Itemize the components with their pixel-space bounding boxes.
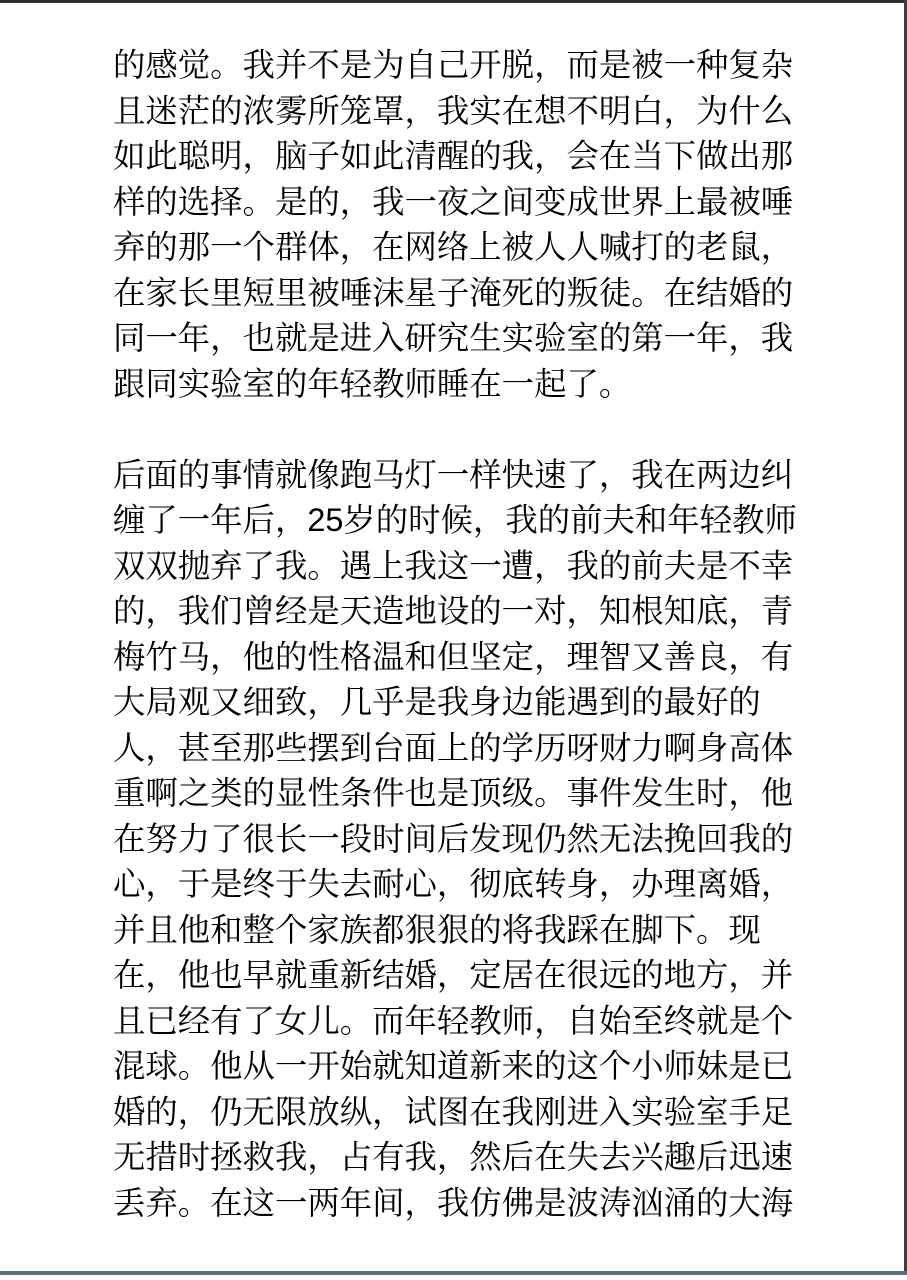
text-line: 跟同实验室的年轻教师睡在一起了。 — [113, 362, 798, 408]
text-line: 在家长里短里被唾沫星子淹死的叛徒。在结婚的 — [113, 271, 798, 317]
text-line: 梅竹马，他的性格温和但坚定，理智又善良，有 — [113, 635, 798, 681]
text-line: 样的选择。是的，我一夜之间变成世界上最被唾 — [113, 180, 798, 226]
text-line: 在，他也早就重新结婚，定居在很远的地方，并 — [113, 953, 798, 999]
text-line: 心，于是终于失去耐心，彻底转身，办理离婚， — [113, 862, 798, 908]
paragraph: 后面的事情就像跑马灯一样快速了，我在两边纠缠了一年后，25岁的时候，我的前夫和年… — [113, 453, 798, 1227]
text-line: 同一年，也就是进入研究生实验室的第一年，我 — [113, 316, 798, 362]
text-line: 且已经有了女儿。而年轻教师，自始至终就是个 — [113, 999, 798, 1045]
text-line: 人，甚至那些摆到台面上的学历呀财力啊身高体 — [113, 726, 798, 772]
page-top-edge — [0, 0, 907, 3]
text-line: 重啊之类的显性条件也是顶级。事件发生时，他 — [113, 771, 798, 817]
text-line: 弃的那一个群体，在网络上被人人喊打的老鼠， — [113, 225, 798, 271]
reader-screen: 的感觉。我并不是为自己开脱，而是被一种复杂且迷茫的浓雾所笼罩，我实在想不明白，为… — [0, 0, 907, 1280]
text-line: 丢弃。在这一两年间，我仿佛是波涛汹涌的大海 — [113, 1181, 798, 1227]
page-text: 的感觉。我并不是为自己开脱，而是被一种复杂且迷茫的浓雾所笼罩，我实在想不明白，为… — [113, 43, 798, 1226]
text-line: 并且他和整个家族都狠狠的将我踩在脚下。现 — [113, 908, 798, 954]
text-line: 如此聪明，脑子如此清醒的我，会在当下做出那 — [113, 134, 798, 180]
text-line: 的感觉。我并不是为自己开脱，而是被一种复杂 — [113, 43, 798, 89]
text-line: 的，我们曾经是天造地设的一对，知根知底，青 — [113, 589, 798, 635]
text-line: 后面的事情就像跑马灯一样快速了，我在两边纠 — [113, 453, 798, 499]
text-line: 在努力了很长一段时间后发现仍然无法挽回我的 — [113, 817, 798, 863]
text-line: 婚的，仍无限放纵，试图在我刚进入实验室手足 — [113, 1090, 798, 1136]
page-bottom-strip — [0, 1275, 907, 1280]
text-line: 大局观又细致，几乎是我身边能遇到的最好的 — [113, 680, 798, 726]
text-line: 混球。他从一开始就知道新来的这个小师妹是已 — [113, 1044, 798, 1090]
text-line: 缠了一年后，25岁的时候，我的前夫和年轻教师 — [113, 498, 798, 544]
text-line: 无措时拯救我，占有我，然后在失去兴趣后迅速 — [113, 1135, 798, 1181]
text-line: 且迷茫的浓雾所笼罩，我实在想不明白，为什么 — [113, 89, 798, 135]
text-line: 双双抛弃了我。遇上我这一遭，我的前夫是不幸 — [113, 544, 798, 590]
paragraph: 的感觉。我并不是为自己开脱，而是被一种复杂且迷茫的浓雾所笼罩，我实在想不明白，为… — [113, 43, 798, 407]
